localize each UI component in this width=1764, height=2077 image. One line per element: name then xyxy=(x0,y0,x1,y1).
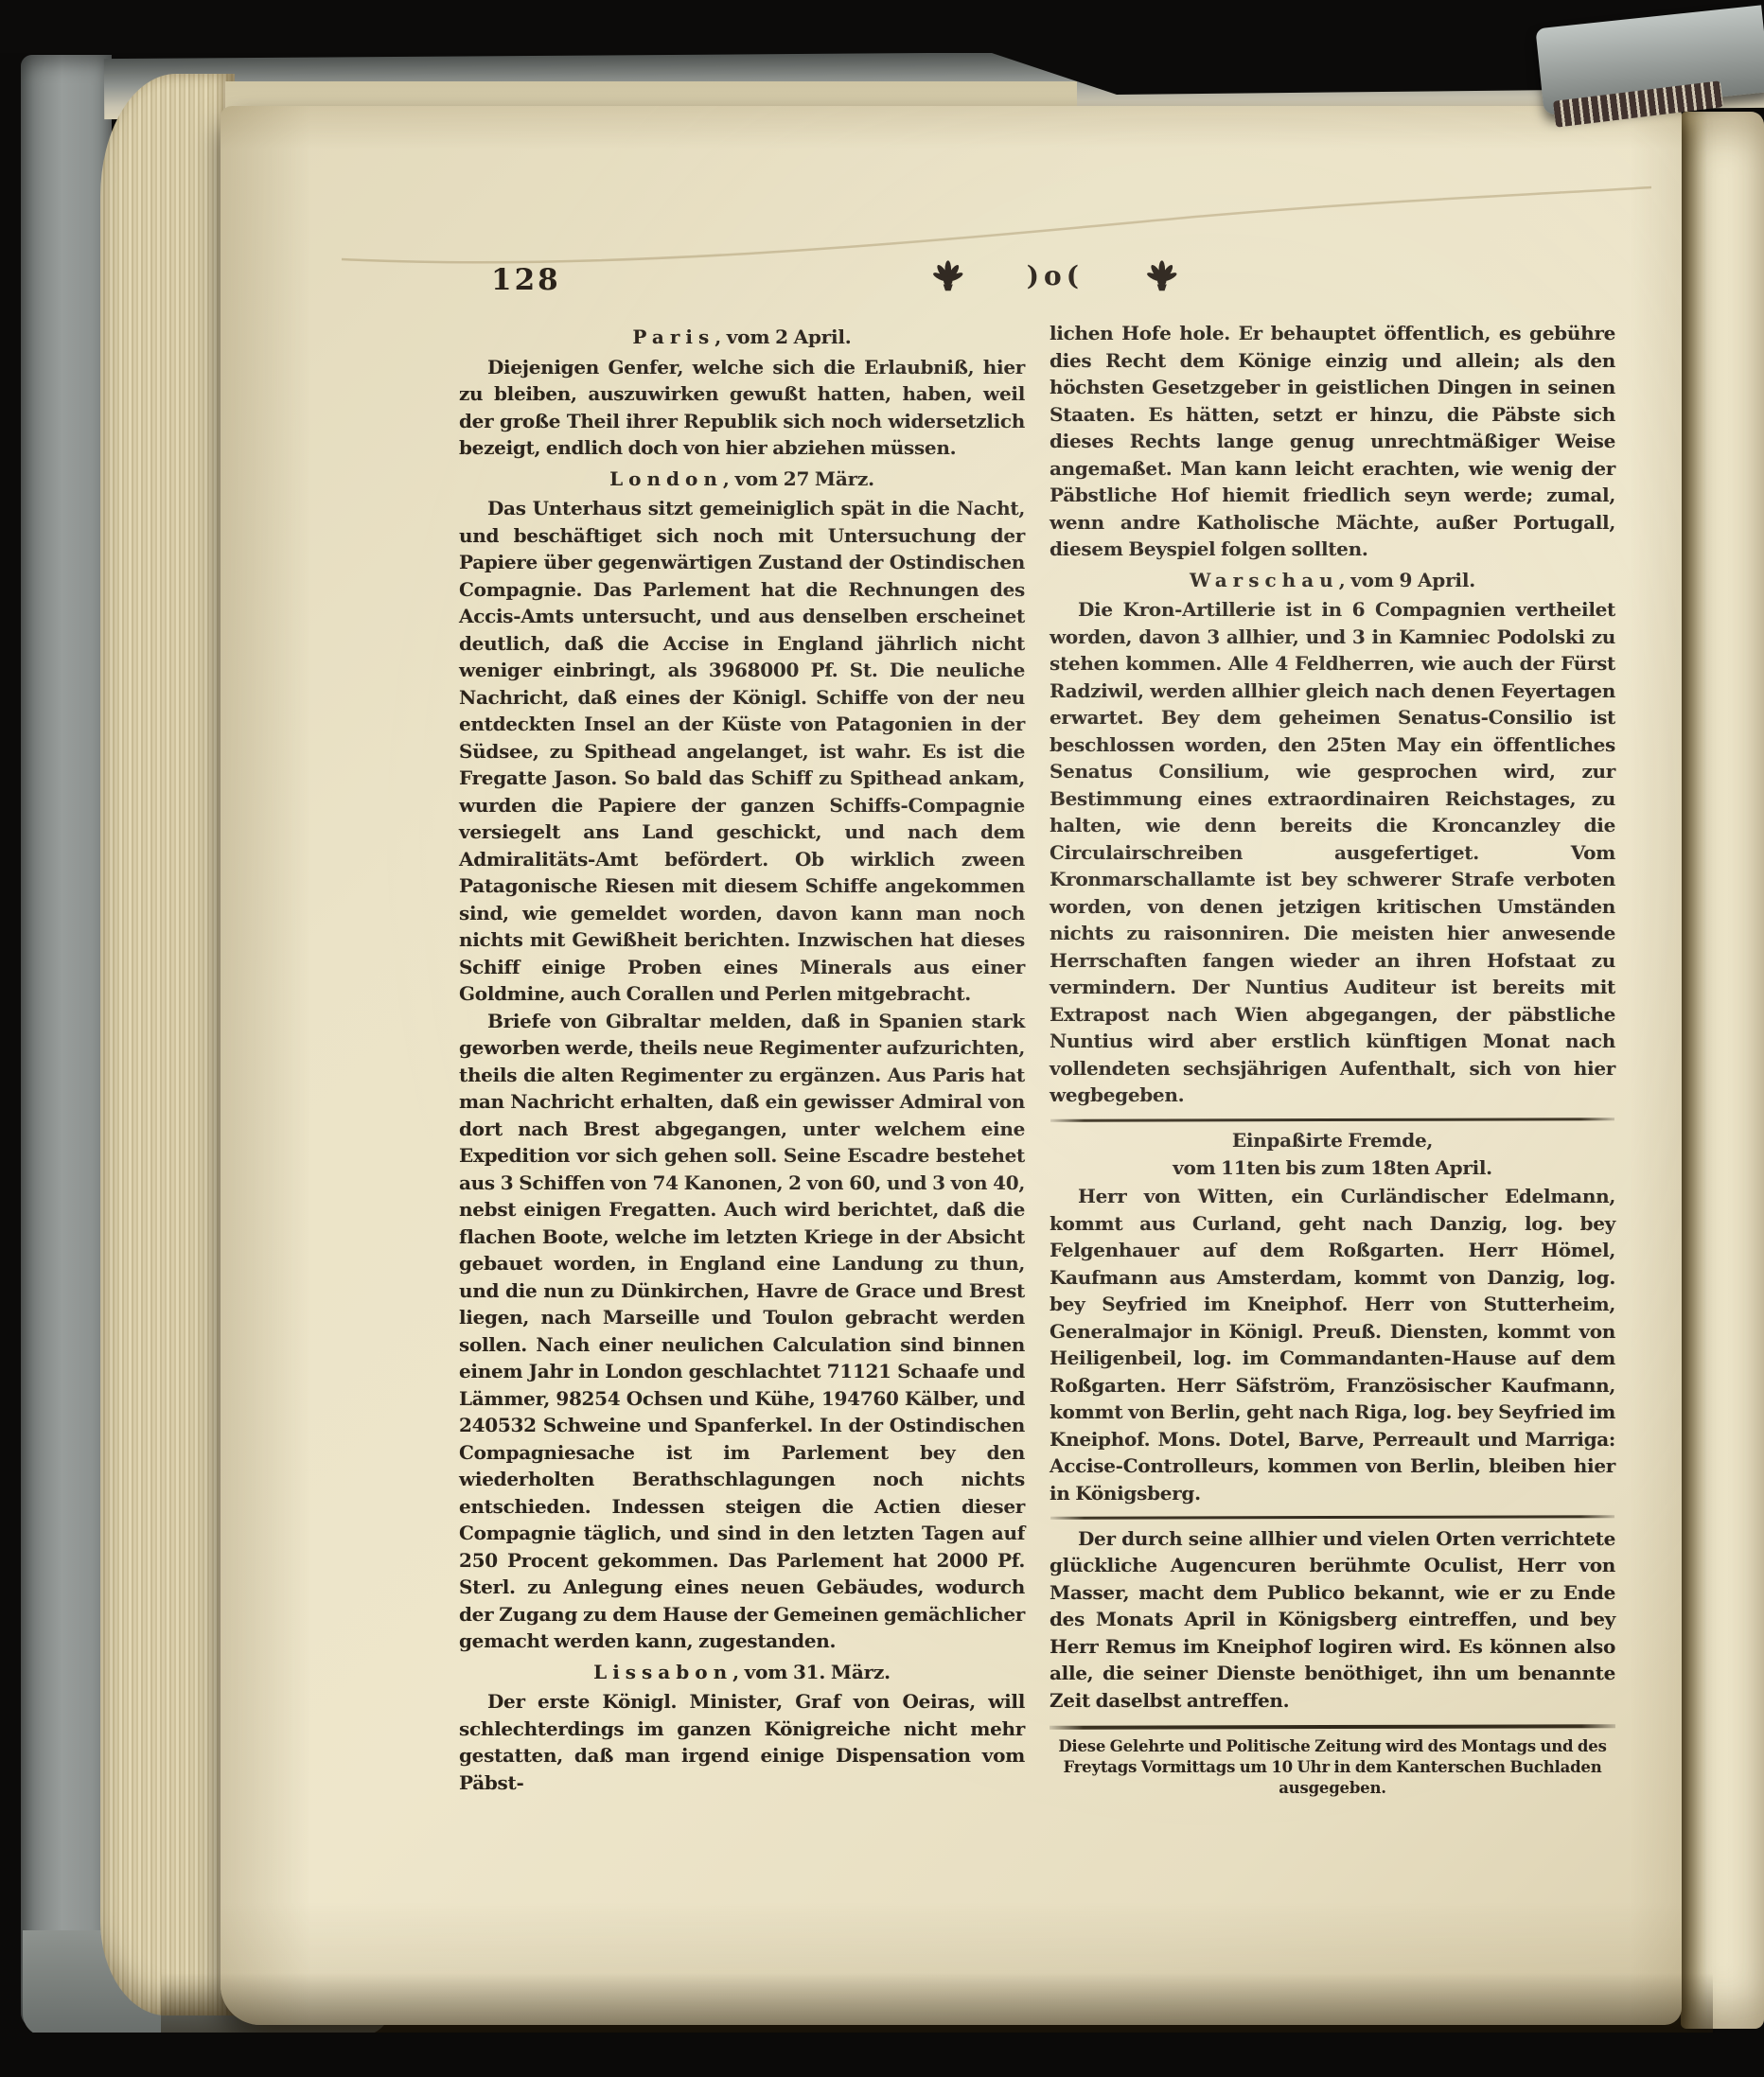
shell-fleuron-icon xyxy=(1144,259,1180,291)
book-cover-left xyxy=(21,55,112,2028)
book-page: 128 )o( xyxy=(220,106,1682,2025)
next-page-edge xyxy=(1681,112,1764,2029)
paris-paragraph: Diejenigen Genfer, welche sich die Erlau… xyxy=(459,354,1025,462)
publisher-notice: Diese Gelehrte und Politische Zeitung wi… xyxy=(1050,1736,1615,1799)
page-header: 128 )o( xyxy=(459,255,1621,310)
left-column: Paris, vom 2 April. Diejenigen Genfer, w… xyxy=(459,320,1025,1799)
photo-of-book-page: { "colors": { "paper": "#eae2c6", "ink":… xyxy=(0,0,1764,2077)
divider-rule-1 xyxy=(1050,1118,1614,1121)
fremde-title: Einpaßirte Fremde, xyxy=(1232,1129,1433,1152)
divider-rule-3 xyxy=(1050,1724,1615,1729)
section-heading-lissabon: Lissabon, vom 31. März. xyxy=(459,1659,1025,1686)
bottom-page-shadow xyxy=(161,1973,1713,2039)
section-heading-london: London, vom 27 März. xyxy=(459,466,1025,493)
header-ornaments: )o( xyxy=(930,259,1180,291)
lissabon-paragraph: Der erste Königl. Minister, Graf von Oei… xyxy=(459,1688,1025,1796)
fremde-heading: Einpaßirte Fremde, vom 11ten bis zum 18t… xyxy=(1050,1127,1615,1181)
bottom-shadow-band xyxy=(0,2033,1764,2077)
warschau-paragraph: Die Kron-Artillerie ist in 6 Compagnien … xyxy=(1050,596,1615,1109)
header-center-mark: )o( xyxy=(1027,260,1084,291)
fremde-date-range: vom 11ten bis zum 18ten April. xyxy=(1050,1154,1615,1182)
lissabon-continuation-paragraph: lichen Hofe hole. Er behauptet öffentlic… xyxy=(1050,320,1615,563)
section-heading-warschau: Warschau, vom 9 April. xyxy=(1050,567,1615,594)
page-number: 128 xyxy=(491,263,561,297)
printed-area: 128 )o( xyxy=(459,255,1621,1799)
text-columns: Paris, vom 2 April. Diejenigen Genfer, w… xyxy=(459,320,1621,1799)
oculist-paragraph: Der durch seine allhier und vielen Orten… xyxy=(1050,1525,1615,1715)
fremde-paragraph: Herr von Witten, ein Curländischer Edelm… xyxy=(1050,1183,1615,1506)
shell-fleuron-icon xyxy=(930,259,966,291)
london-paragraph-2: Briefe von Gibraltar melden, daß in Span… xyxy=(459,1008,1025,1655)
divider-rule-2 xyxy=(1050,1515,1614,1519)
page-stack-fore-edge xyxy=(100,74,235,2015)
section-heading-paris: Paris, vom 2 April. xyxy=(459,324,1025,351)
london-paragraph-1: Das Unterhaus sitzt gemeiniglich spät in… xyxy=(459,495,1025,1008)
right-column: lichen Hofe hole. Er behauptet öffentlic… xyxy=(1050,320,1615,1799)
